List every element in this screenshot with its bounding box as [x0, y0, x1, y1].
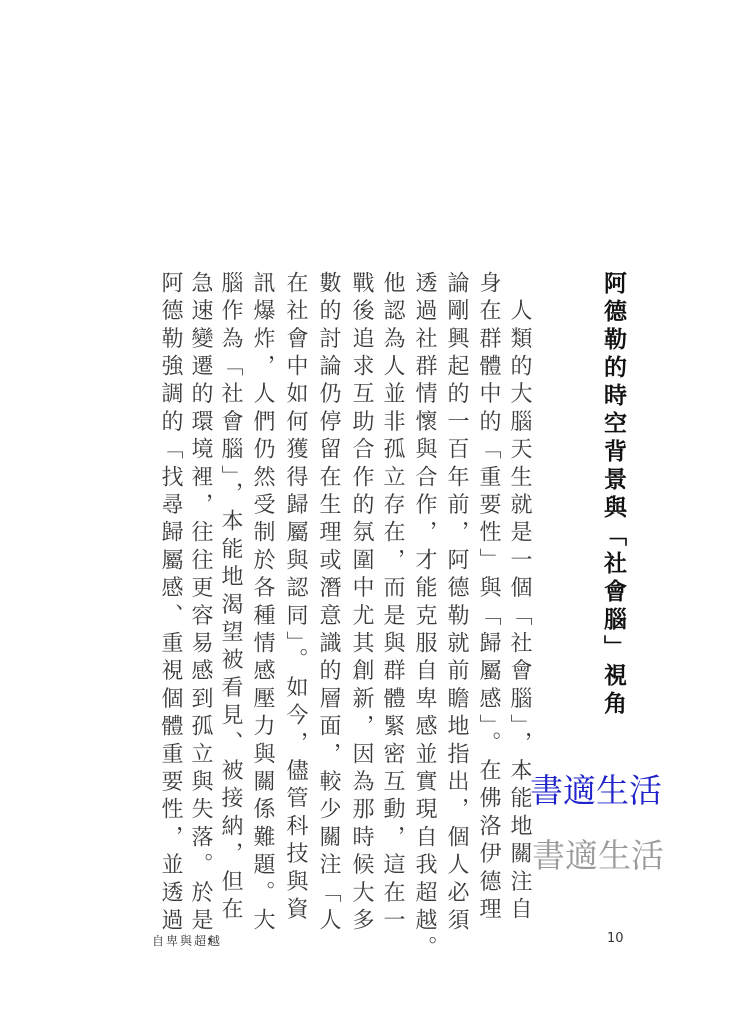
body-column-3: 論剛興起的一百年前，阿德勒就前瞻地指出，個人必須	[442, 271, 470, 936]
body-column-1: 人類的大腦天生就是一個「社會腦」，本能地關注自	[505, 271, 533, 925]
body-column-10: 腦作為「社會腦」，本能地渴望被看見、被接納，但在	[216, 271, 244, 925]
body-column-11: 急速變遷的環境裡，往往更容易感到孤立與失落。於是，	[186, 271, 214, 964]
body-column-12: 阿德勒強調的「找尋歸屬感、重視個體重要性，並透過	[156, 271, 184, 936]
body-column-9: 訊爆炸，人們仍然受制於各種情感壓力與關係難題。大	[248, 271, 276, 936]
watermark-gray: 書適生活	[532, 830, 664, 877]
book-page: 阿德勒的時空背景與「社會腦」視角 人類的大腦天生就是一個「社會腦」，本能地關注自…	[0, 0, 729, 1029]
body-column-4: 透過社群情懷與合作，才能克服自卑感並實現自我超越。	[410, 271, 438, 964]
body-column-8: 在社會中如何獲得歸屬與認同」。如今，儘管科技與資	[281, 271, 309, 925]
body-column-5: 他認為人並非孤立存在，而是與群體緊密互動，這在一	[378, 271, 406, 936]
body-column-2: 身在群體中的「重要性」與「歸屬感」。在佛洛伊德理	[474, 271, 502, 925]
footer-book-title: 自卑與超越	[152, 932, 222, 949]
footer-page-number: 10	[607, 931, 624, 946]
body-column-6: 戰後追求互助合作的氛圍中尤其創新，因為那時候大多	[347, 271, 375, 936]
chapter-title: 阿德勒的時空背景與「社會腦」視角	[599, 271, 627, 719]
body-column-7: 數的討論仍停留在生理或潛意識的層面，較少關注「人	[314, 271, 342, 936]
watermark-blue: 書適生活	[530, 765, 662, 812]
